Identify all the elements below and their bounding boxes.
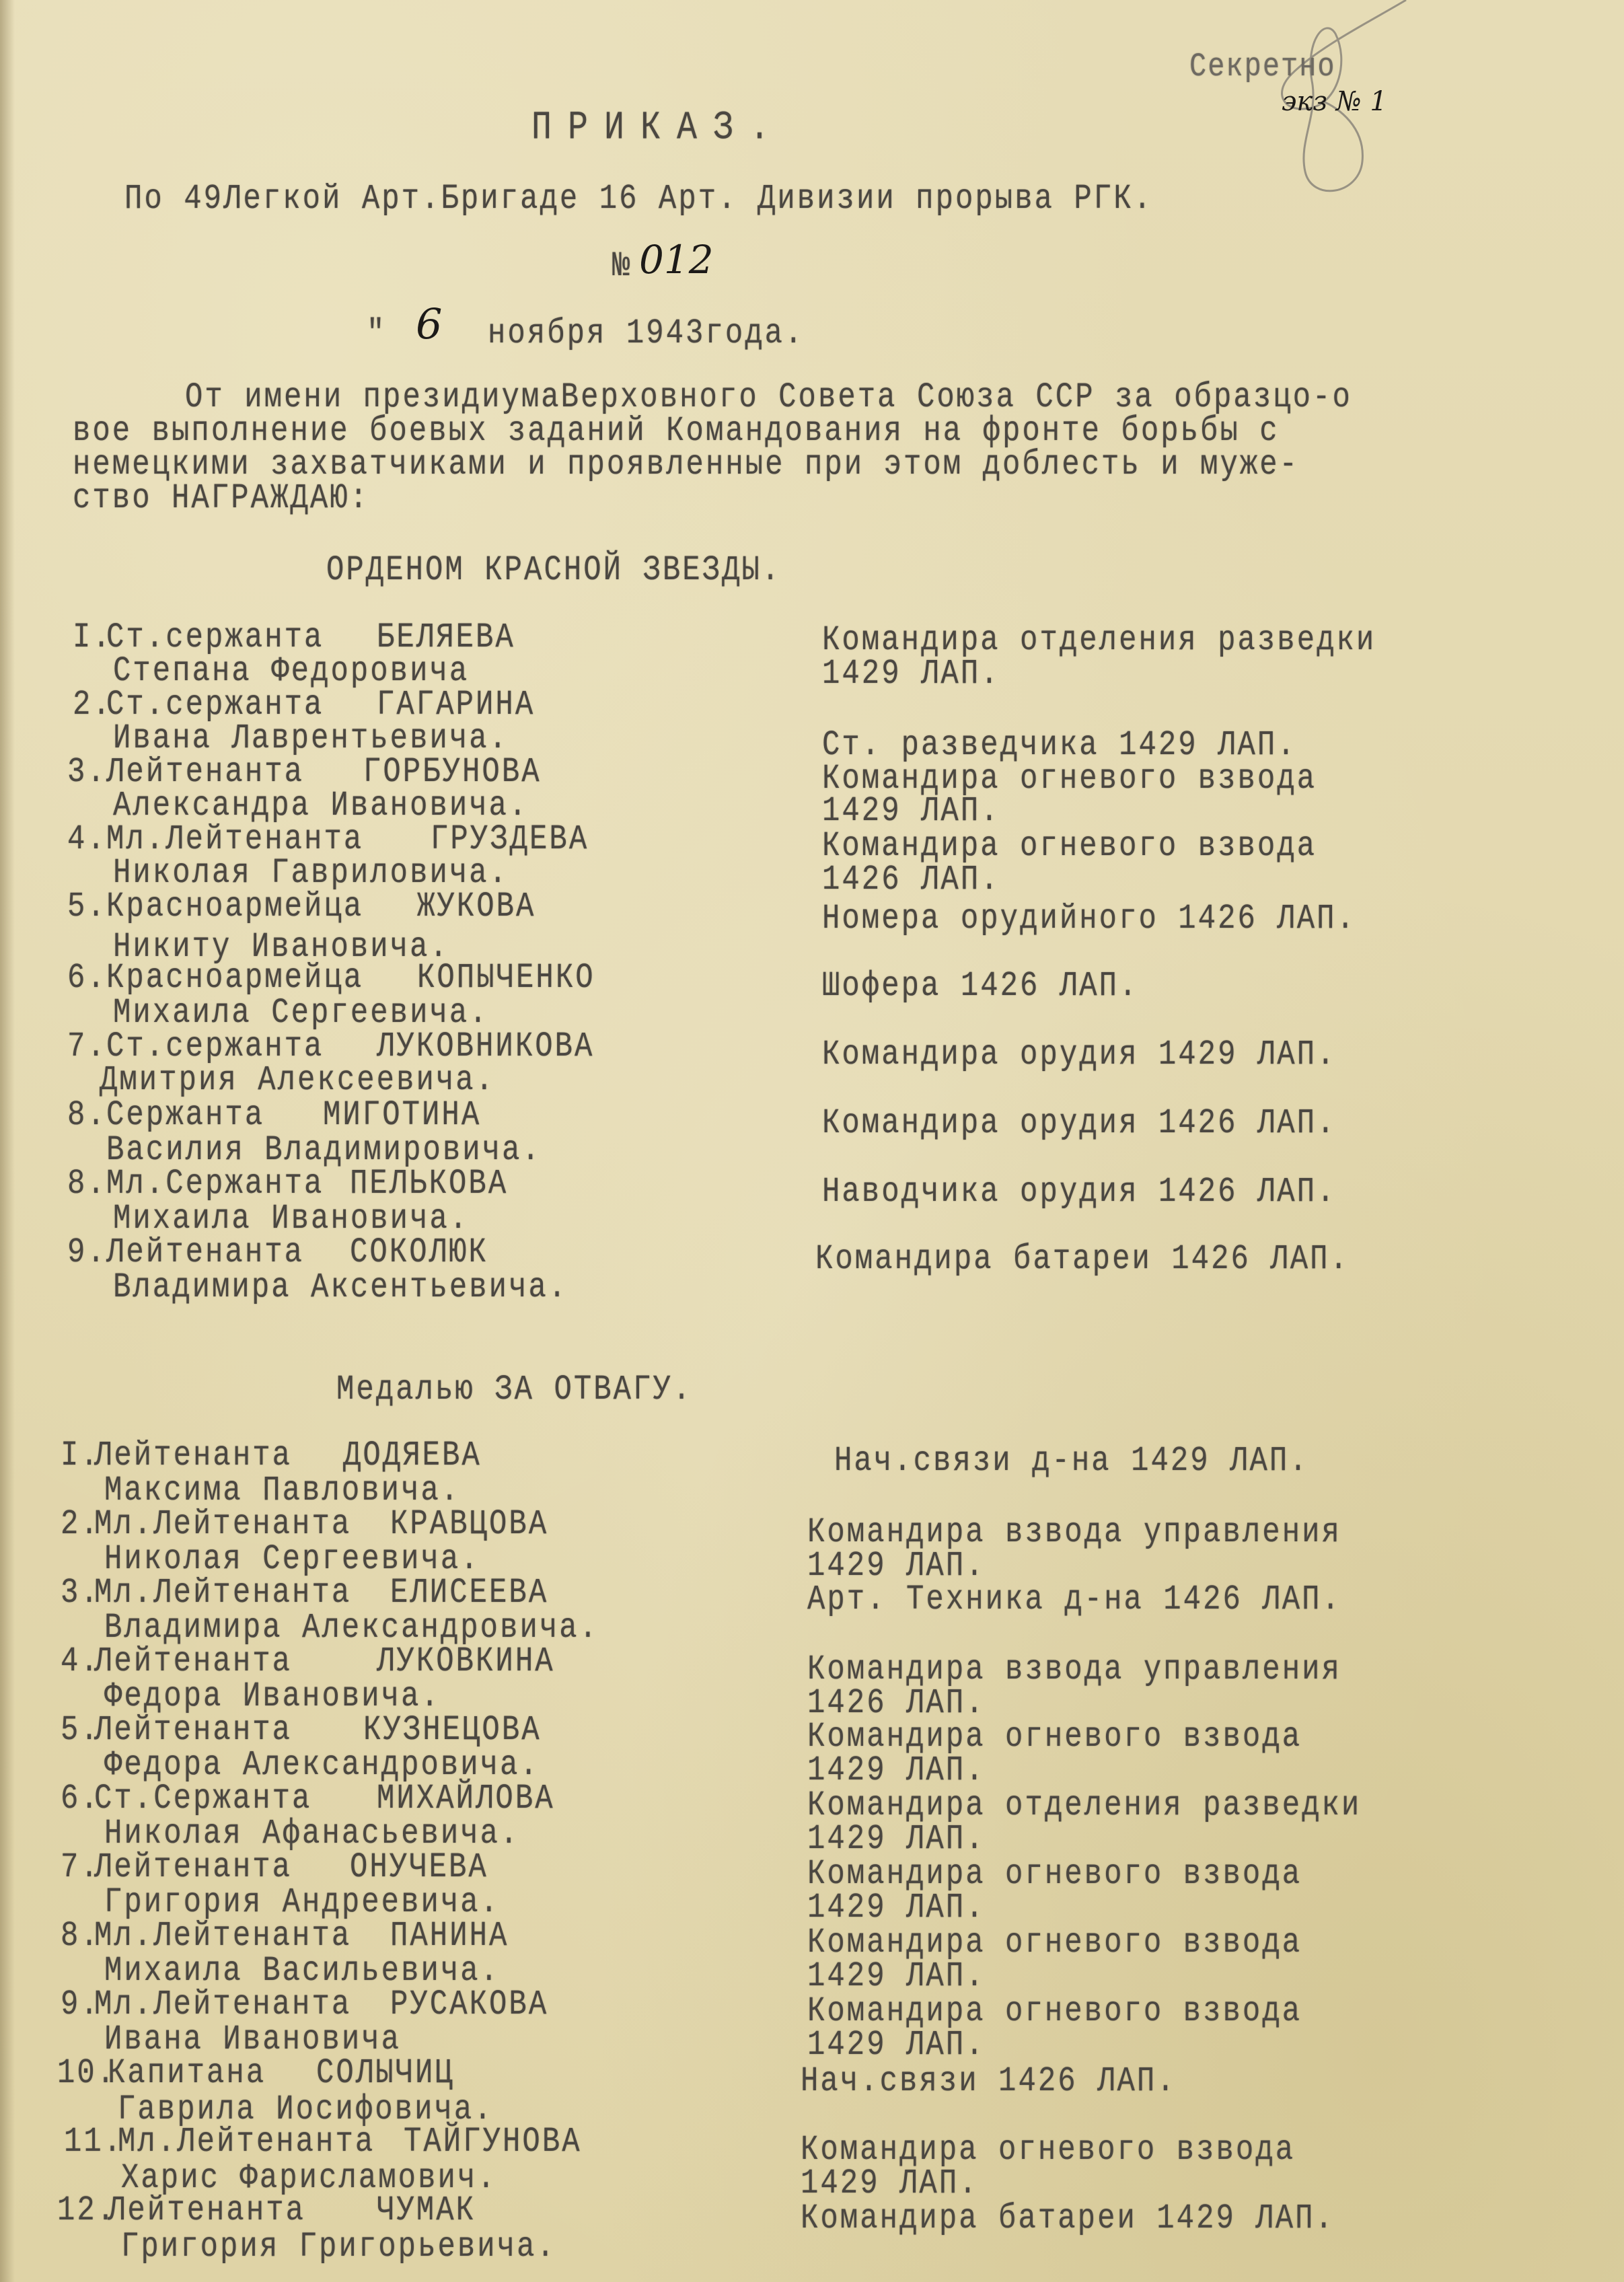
- awardee-rank: Ст.сержанта: [106, 688, 324, 723]
- awardee-position: Командира огневого взвода: [807, 1994, 1302, 2029]
- awardee-given-name: Михаила Ивановича.: [113, 1202, 469, 1237]
- awardee-rank: Капитана: [108, 2056, 266, 2091]
- awardee-position-unit: 1429 ЛАП.: [807, 1959, 986, 1994]
- awardee-rank: Лейтенанта: [106, 755, 304, 790]
- awardee-rank: Ст.сержанта: [106, 620, 324, 655]
- awardee-position: Командира взвода управления: [807, 1515, 1341, 1550]
- classification-label: Секретно: [1189, 50, 1336, 83]
- preamble-line: ство НАГРАЖДАЮ:: [73, 481, 369, 516]
- awardee-position: Командира огневого взвода: [822, 829, 1317, 864]
- awardee-position: Шофера 1426 ЛАП.: [822, 969, 1138, 1004]
- awardee-given-name: Николая Сергеевича.: [104, 1542, 480, 1577]
- section-heading-for-courage: Медалью ЗА ОТВАГУ.: [336, 1372, 692, 1407]
- awardee-position: Командира батареи 1426 ЛАП.: [815, 1242, 1350, 1277]
- awardee-surname: БЕЛЯЕВА: [377, 620, 515, 655]
- preamble-line: вое выполнение боевых заданий Командован…: [73, 414, 1280, 449]
- awardee-given-name: Дмитрия Алексеевича.: [100, 1063, 495, 1098]
- awardee-position: Нач.связи д-на 1429 ЛАП.: [834, 1444, 1309, 1479]
- date-open-quote: ": [367, 316, 386, 351]
- awardee-surname: КОПЫЧЕНКО: [417, 961, 595, 996]
- awardee-rank: Красноармейца: [106, 961, 363, 996]
- awardee-position: Нач.связи 1426 ЛАП.: [801, 2064, 1177, 2099]
- awardee-position-unit: 1429 ЛАП.: [801, 2166, 979, 2201]
- awardee-surname: ОНУЧЕВА: [350, 1850, 488, 1885]
- awardee-surname: ЧУМАК: [377, 2193, 476, 2228]
- awardee-rank: Мл.Лейтенанта: [94, 1507, 351, 1542]
- awardee-position-unit: 1429 ЛАП.: [807, 1822, 986, 1857]
- awardee-position: Командира огневого взвода: [807, 1720, 1302, 1755]
- awardee-given-name: Максима Павловича.: [104, 1473, 460, 1508]
- awardee-position: Номера орудийного 1426 ЛАП.: [822, 901, 1356, 936]
- awardee-rank: Мл.Лейтенанта: [94, 1987, 351, 2022]
- awardee-position-unit: 1426 ЛАП.: [807, 1686, 986, 1721]
- awardee-position-unit: 1426 ЛАП.: [822, 862, 1000, 897]
- awardee-rank: Красноармейца: [106, 889, 363, 924]
- awardee-position-unit: 1429 ЛАП.: [807, 2028, 986, 2063]
- awardee-position: Командира огневого взвода: [807, 1925, 1302, 1960]
- awardee-rank: Лейтенанта: [108, 2193, 305, 2228]
- awardee-position: Командира огневого взвода: [807, 1857, 1302, 1892]
- awardee-surname: МИХАЙЛОВА: [377, 1781, 555, 1816]
- awardee-given-name: Владимира Аксентьевича.: [113, 1270, 568, 1305]
- awardee-surname: КУЗНЕЦОВА: [363, 1713, 542, 1748]
- awardee-position: Командира огневого взвода: [801, 2133, 1295, 2168]
- awardee-position: Командира отделения разведки: [807, 1788, 1361, 1823]
- awardee-position-unit: 1429 ЛАП.: [822, 657, 1000, 692]
- awardee-number: 7.: [67, 1029, 107, 1064]
- awardee-given-name: Федора Ивановича.: [104, 1679, 441, 1714]
- awardee-given-name: Александра Ивановича.: [113, 788, 529, 823]
- awardee-rank: Мл.Лейтенанта: [94, 1576, 351, 1611]
- awardee-surname: ЛУКОВКИНА: [377, 1644, 555, 1679]
- awardee-position: Командира орудия 1426 ЛАП.: [822, 1106, 1337, 1141]
- awardee-surname: ГОРБУНОВА: [363, 755, 542, 790]
- awardee-given-name: Василия Владимировича.: [106, 1133, 542, 1168]
- preamble-line: От имени президиумаВерховного Совета Сою…: [185, 380, 1352, 415]
- awardee-position: Командира взвода управления: [807, 1652, 1341, 1687]
- awardee-given-name: Михаила Сергеевича.: [113, 996, 489, 1031]
- awardee-surname: ДОДЯЕВА: [343, 1438, 482, 1473]
- awardee-position: Командира орудия 1429 ЛАП.: [822, 1037, 1337, 1072]
- document-title: ПРИКАЗ.: [531, 109, 786, 149]
- awardee-position-unit: 1429 ЛАП.: [807, 1549, 986, 1584]
- awardee-given-name: Федора Александровича.: [104, 1748, 540, 1783]
- awardee-rank: Мл.Лейтенанта: [118, 2125, 375, 2160]
- awardee-surname: СОКОЛЮК: [350, 1235, 488, 1270]
- awardee-surname: ЕЛИСЕЕВА: [390, 1576, 548, 1611]
- awardee-surname: ГРУЗДЕВА: [431, 822, 589, 857]
- section-heading-red-star: ОРДЕНОМ КРАСНОЙ ЗВЕЗДЫ.: [326, 553, 781, 588]
- document-page: Секретно экз № 1 ПРИКАЗ. По 49Легкой Арт…: [0, 0, 1624, 2282]
- awardee-given-name: Владимира Александровича.: [104, 1611, 599, 1646]
- awardee-position: Ст. разведчика 1429 ЛАП.: [822, 728, 1297, 763]
- order-number-prefix: №: [612, 249, 632, 284]
- awardee-rank: Лейтенанта: [94, 1850, 292, 1885]
- date-day: 6: [416, 299, 442, 348]
- awardee-surname: СОЛЫЧИЦ: [316, 2056, 455, 2091]
- awardee-rank: Мл.Сержанта: [106, 1167, 324, 1202]
- awardee-surname: КРАВЦОВА: [390, 1507, 548, 1542]
- date-month-year: ноября 1943года.: [488, 316, 804, 351]
- awardee-rank: Сержанта: [106, 1098, 264, 1133]
- awardee-number: 6.: [67, 961, 107, 996]
- awardee-number: 11.: [64, 2125, 123, 2160]
- scan-edge-shadow: [0, 0, 15, 2282]
- awardee-rank: Лейтенанта: [94, 1438, 292, 1473]
- awardee-number: 8.: [67, 1167, 107, 1202]
- awardee-position-unit: 1429 ЛАП.: [822, 794, 1000, 829]
- awardee-rank: Лейтенанта: [94, 1644, 292, 1679]
- awardee-position-unit: 1429 ЛАП.: [807, 1890, 986, 1925]
- awardee-position: Арт. Техника д-на 1426 ЛАП.: [807, 1582, 1341, 1617]
- awardee-rank: Лейтенанта: [94, 1713, 292, 1748]
- preamble-line: немецкими захватчиками и проявленные при…: [73, 447, 1299, 482]
- awardee-number: 4.: [67, 822, 107, 857]
- awardee-given-name: Ивана Ивановича: [104, 2022, 401, 2057]
- awardee-rank: Ст.сержанта: [106, 1029, 324, 1064]
- awardee-given-name: Николая Гавриловича.: [113, 856, 509, 891]
- awardee-given-name: Григория Андреевича.: [104, 1885, 500, 1920]
- awardee-surname: ЛУКОВНИКОВА: [377, 1029, 594, 1064]
- awardee-given-name: Ивана Лаврентьевича.: [113, 721, 509, 756]
- awardee-given-name: Михаила Васильевича.: [104, 1954, 500, 1989]
- awardee-rank: Мл.Лейтенанта: [106, 822, 363, 857]
- awardee-position-unit: 1429 ЛАП.: [807, 1753, 986, 1788]
- awardee-position: Наводчика орудия 1426 ЛАП.: [822, 1175, 1337, 1210]
- awardee-surname: МИГОТИНА: [323, 1098, 481, 1133]
- awardee-surname: ЖУКОВА: [417, 889, 536, 924]
- awardee-surname: ГАГАРИНА: [377, 688, 535, 723]
- awardee-rank: Ст.Сержанта: [94, 1781, 311, 1816]
- awardee-rank: Мл.Лейтенанта: [94, 1919, 351, 1954]
- awardee-number: 9.: [67, 1235, 107, 1270]
- awardee-rank: Лейтенанта: [106, 1235, 304, 1270]
- order-number: 012: [639, 237, 714, 283]
- awardee-surname: ПЕЛЬКОВА: [350, 1167, 508, 1202]
- awardee-number: 3.: [67, 755, 107, 790]
- document-subtitle: По 49Легкой Арт.Бригаде 16 Арт. Дивизии …: [124, 182, 1153, 217]
- awardee-given-name: Степана Федоровича: [113, 654, 469, 689]
- awardee-position: Командира отделения разведки: [822, 623, 1376, 658]
- awardee-given-name: Николая Афанасьевича.: [104, 1816, 520, 1851]
- copy-number-note: экз № 1: [1282, 86, 1387, 117]
- awardee-number: 5.: [67, 889, 107, 924]
- awardee-surname: ТАЙГУНОВА: [404, 2125, 582, 2160]
- awardee-position: Командира батареи 1429 ЛАП.: [801, 2201, 1335, 2236]
- awardee-surname: РУСАКОВА: [390, 1987, 548, 2022]
- awardee-number: 8.: [67, 1098, 107, 1133]
- awardee-surname: ПАНИНА: [390, 1919, 509, 1954]
- awardee-given-name: Григория Григорьевича.: [121, 2230, 556, 2265]
